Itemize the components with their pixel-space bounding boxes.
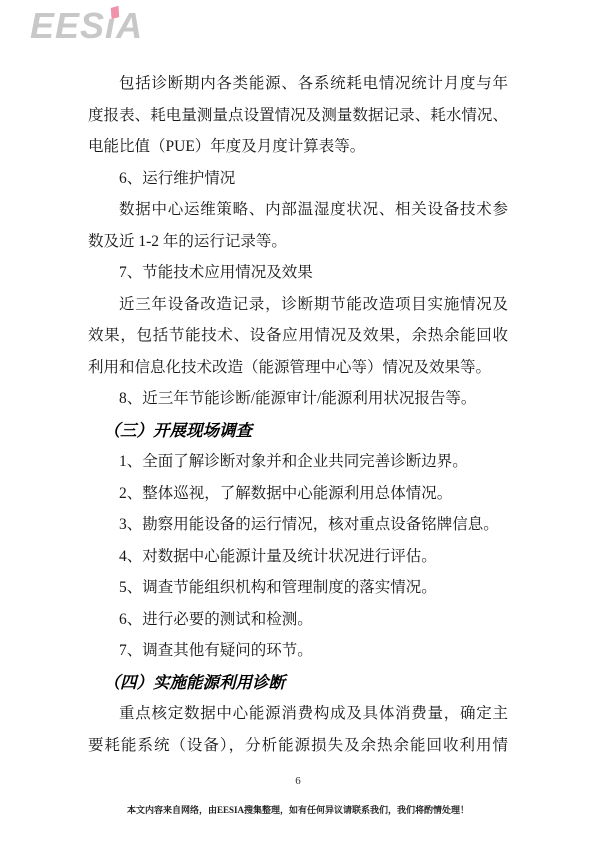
eesia-logo: EESıA	[30, 6, 143, 46]
text-line: 数据中心运维策略、内部温湿度状况、相关设备技术参	[88, 194, 508, 226]
text-line: 近三年设备改造记录，诊断期节能改造项目实施情况及	[88, 289, 508, 321]
text-line: 电能比值（PUE）年度及月度计算表等。	[88, 131, 508, 163]
logo-text-a: A	[116, 5, 143, 46]
text-line: 包括诊断期内各类能源、各系统耗电情况统计月度与年	[88, 68, 508, 100]
text-line: 5、调查节能组织机构和管理制度的落实情况。	[88, 572, 508, 604]
text-line: 效果，包括节能技术、设备应用情况及效果，余热余能回收	[88, 320, 508, 352]
logo-dot-icon	[111, 6, 119, 19]
text-line: 8、近三年节能诊断/能源审计/能源利用状况报告等。	[88, 383, 508, 415]
section-heading: （三）开展现场调查	[88, 415, 508, 447]
text-line: 6、进行必要的测试和检测。	[88, 604, 508, 636]
section-heading: （四）实施能源利用诊断	[88, 667, 508, 699]
text-line: 7、节能技术应用情况及效果	[88, 257, 508, 289]
text-line: 要耗能系统（设备），分析能源损失及余热余能回收利用情	[88, 730, 508, 762]
text-line: 4、对数据中心能源计量及统计状况进行评估。	[88, 541, 508, 573]
logo-letter-i: ı	[105, 6, 116, 46]
document-page: EESıA 包括诊断期内各类能源、各系统耗电情况统计月度与年度报表、耗电量测量点…	[0, 0, 596, 842]
page-number: 6	[0, 775, 596, 787]
text-line: 7、调查其他有疑问的环节。	[88, 635, 508, 667]
text-line: 2、整体巡视，了解数据中心能源利用总体情况。	[88, 478, 508, 510]
footer-disclaimer: 本文内容来自网络，由EESIA搜集整理，如有任何异议请联系我们，我们将酌情处理！	[0, 803, 596, 816]
logo-text-ees: EES	[30, 5, 105, 46]
text-line: 数及近 1-2 年的运行记录等。	[88, 226, 508, 258]
text-line: 利用和信息化技术改造（能源管理中心等）情况及效果等。	[88, 352, 508, 384]
text-line: 度报表、耗电量测量点设置情况及测量数据记录、耗水情况、	[88, 100, 508, 132]
document-body: 包括诊断期内各类能源、各系统耗电情况统计月度与年度报表、耗电量测量点设置情况及测…	[88, 68, 508, 761]
text-line: 6、运行维护情况	[88, 163, 508, 195]
text-line: 3、勘察用能设备的运行情况，核对重点设备铭牌信息。	[88, 509, 508, 541]
text-line: 重点核定数据中心能源消费构成及具体消费量，确定主	[88, 698, 508, 730]
text-line: 1、全面了解诊断对象并和企业共同完善诊断边界。	[88, 446, 508, 478]
